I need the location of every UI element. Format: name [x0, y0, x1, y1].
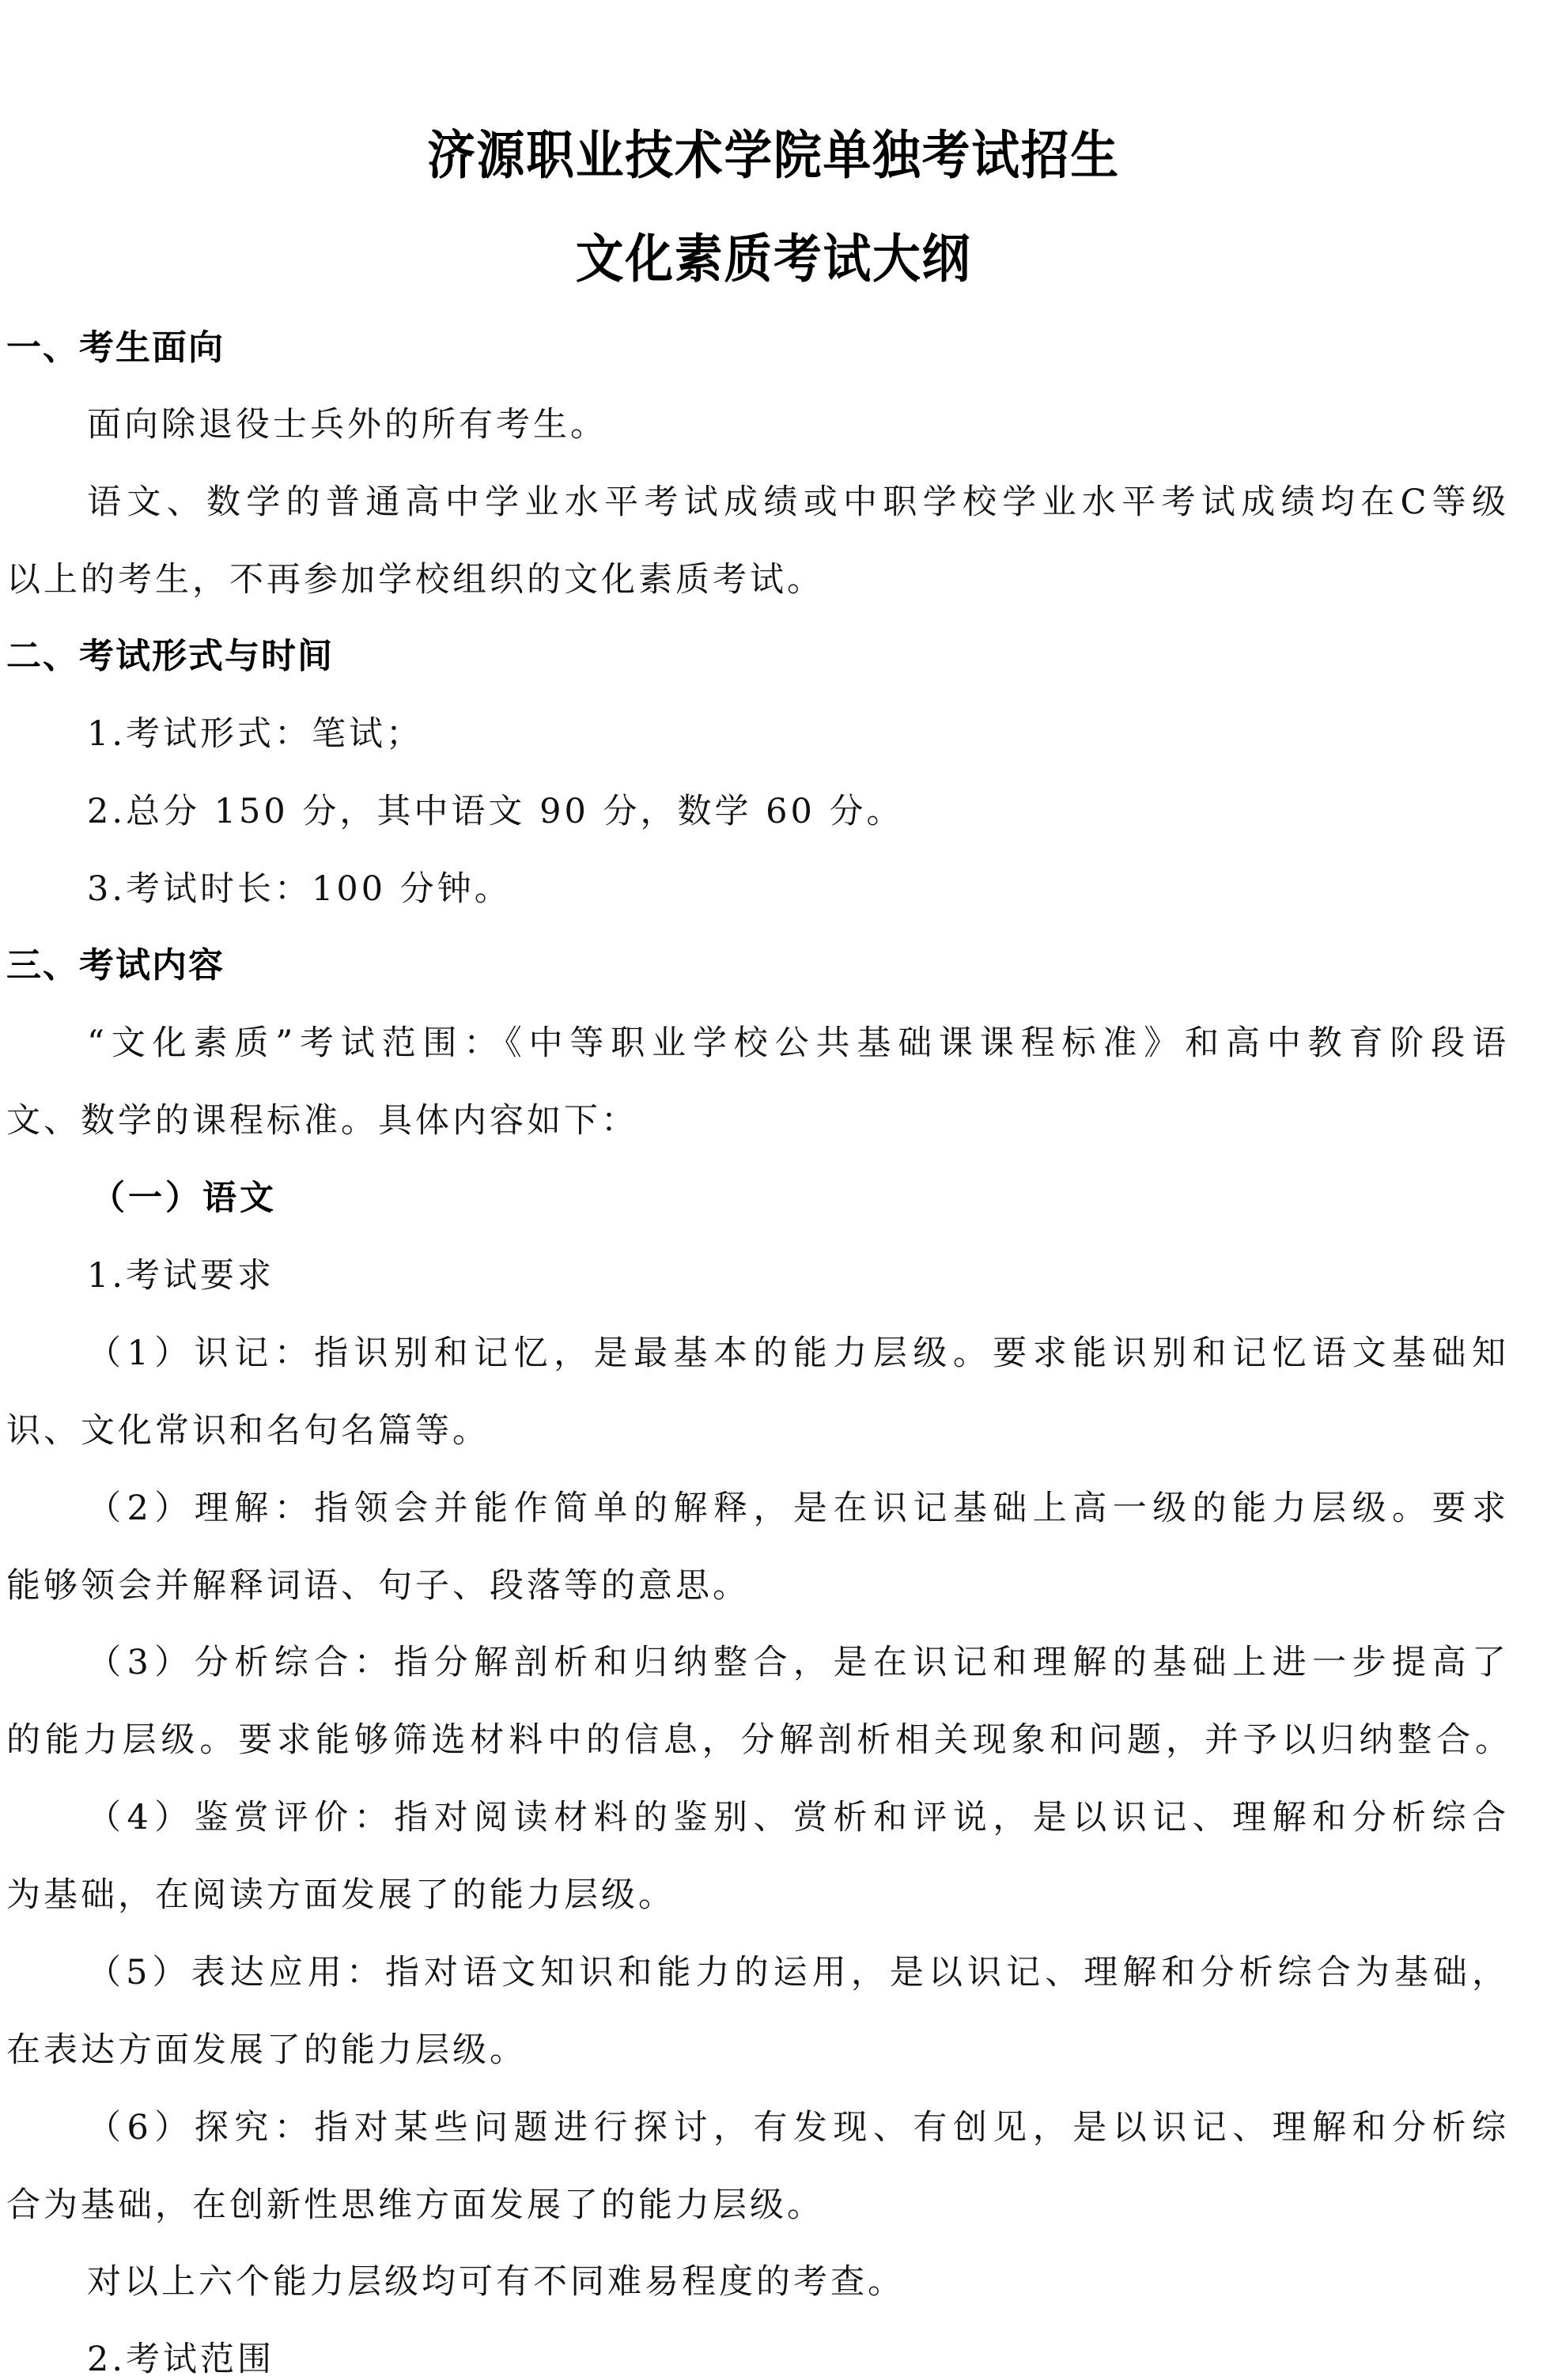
item-total-score: 2.总分 150 分，其中语文 90 分，数学 60 分。: [87, 788, 904, 835]
requirement-memorize-line1: （1）识记：指识别和记忆，是最基本的能力层级。要求能识别和记忆语文基础知: [87, 1330, 1509, 1377]
requirement-understand-line1: （2）理解：指领会并能作简单的解释，是在识记基础上高一级的能力层级。要求: [87, 1485, 1509, 1532]
section-heading-format-time: 二、考试形式与时间: [6, 633, 334, 680]
requirement-appreciate-line2: 为基础，在阅读方面发展了的能力层级。: [6, 1871, 675, 1919]
requirement-analyze-line2: 的能力层级。要求能够筛选材料中的信息，分解剖析相关现象和问题，并予以归纳整合。: [6, 1716, 1509, 1764]
item-exam-duration: 3.考试时长：100 分钟。: [87, 865, 512, 913]
item-exam-format: 1.考试形式：笔试；: [87, 710, 423, 758]
paragraph-candidates-scope: 面向除退役士兵外的所有考生。: [87, 401, 607, 448]
subsection-heading-chinese: （一）语文: [91, 1175, 277, 1222]
requirement-express-line1: （5）表达应用：指对语文知识和能力的运用，是以识记、理解和分析综合为基础，: [87, 1949, 1509, 1996]
requirement-appreciate-line1: （4）鉴赏评价：指对阅读材料的鉴别、赏析和评说，是以识记、理解和分析综合: [87, 1794, 1509, 1841]
requirement-explore-line1: （6）探究：指对某些问题进行探讨，有发现、有创见，是以识记、理解和分析综: [87, 2104, 1509, 2151]
document-title-line1: 济源职业技术学院单独考试招生: [62, 120, 1485, 191]
requirement-explore-line2: 合为基础，在创新性思维方面发展了的能力层级。: [6, 2181, 824, 2229]
paragraph-content-intro-line2: 文、数学的课程标准。具体内容如下：: [6, 1097, 638, 1145]
requirement-express-line2: 在表达方面发展了的能力层级。: [6, 2026, 527, 2074]
requirement-memorize-line2: 识、文化常识和名句名篇等。: [6, 1407, 490, 1455]
paragraph-content-intro-line1: “文化素质”考试范围：《中等职业学校公共基础课课程标准》和高中教育阶段语: [87, 1020, 1509, 1067]
section-heading-candidates: 一、考生面向: [6, 324, 225, 372]
scope-heading: 2.考试范围: [87, 2336, 274, 2380]
requirements-heading: 1.考试要求: [87, 1252, 274, 1300]
requirement-understand-line2: 能够领会并解释词语、句子、段落等的意思。: [6, 1562, 750, 1610]
requirements-summary: 对以上六个能力层级均可有不同难易程度的考查。: [87, 2258, 905, 2306]
paragraph-exemption-line2: 以上的考生，不再参加学校组织的文化素质考试。: [6, 556, 824, 604]
document-page: 济源职业技术学院单独考试招生 文化素质考试大纲 一、考生面向 面向除退役士兵外的…: [0, 0, 1547, 2380]
requirement-analyze-line1: （3）分析综合：指分解剖析和归纳整合，是在识记和理解的基础上进一步提高了: [87, 1639, 1509, 1686]
section-heading-exam-content: 三、考试内容: [6, 942, 225, 989]
paragraph-exemption-line1: 语文、数学的普通高中学业水平考试成绩或中职学校学业水平考试成绩均在C等级: [87, 479, 1509, 526]
document-title-line2: 文化素质考试大纲: [62, 224, 1485, 295]
